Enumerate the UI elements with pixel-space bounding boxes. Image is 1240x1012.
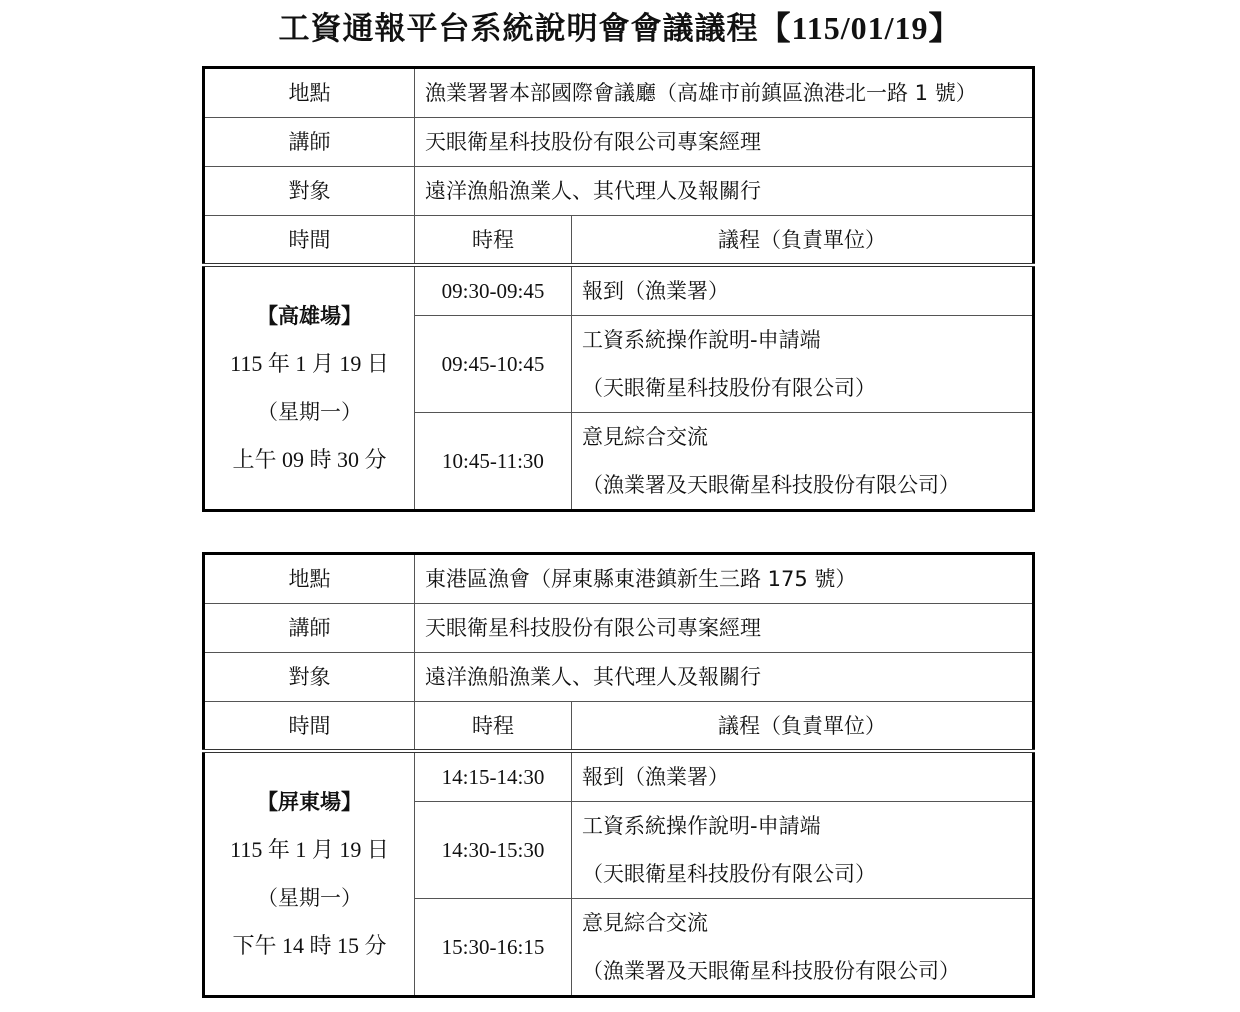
session-weekday: （星期一） — [215, 388, 404, 436]
location-label: 地點 — [204, 68, 415, 118]
session-date: 115 年 1 月 19 日 — [215, 340, 404, 388]
table-row: 【屏東場】 115 年 1 月 19 日 （星期一） 下午 14 時 15 分 … — [204, 751, 1034, 802]
audience-label: 對象 — [204, 653, 415, 702]
agenda-item: 意見綜合交流 （漁業署及天眼衛星科技股份有限公司） — [572, 413, 1034, 511]
document-title: 工資通報平台系統說明會會議議程【115/01/19】 — [0, 8, 1240, 49]
audience-value: 遠洋漁船漁業人、其代理人及報關行 — [415, 653, 1034, 702]
agenda-owner: （天眼衛星科技股份有限公司） — [582, 850, 1022, 898]
agenda-title: 意見綜合交流 — [582, 899, 1022, 947]
time-header: 時間 — [204, 216, 415, 266]
agenda-item: 報到（漁業署） — [572, 751, 1034, 802]
agenda-header: 議程（負責單位） — [572, 702, 1034, 752]
agenda-item: 工資系統操作說明-申請端 （天眼衛星科技股份有限公司） — [572, 316, 1034, 413]
schedule-header: 時程 — [415, 702, 572, 752]
session-info: 【高雄場】 115 年 1 月 19 日 （星期一） 上午 09 時 30 分 — [204, 265, 415, 511]
agenda-title: 工資系統操作說明-申請端 — [582, 802, 1022, 850]
location-row: 地點 東港區漁會（屏東縣東港鎮新生三路 175 號） — [204, 554, 1034, 604]
time-header: 時間 — [204, 702, 415, 752]
agenda-owner: （漁業署及天眼衛星科技股份有限公司） — [582, 947, 1022, 995]
session-name: 【屏東場】 — [215, 778, 404, 826]
session-date: 115 年 1 月 19 日 — [215, 826, 404, 874]
speaker-value: 天眼衛星科技股份有限公司專案經理 — [415, 604, 1034, 653]
schedule-header: 時程 — [415, 216, 572, 266]
title-text: 工資通報平台系統說明會會議議程 — [278, 11, 758, 47]
agenda-item: 工資系統操作說明-申請端 （天眼衛星科技股份有限公司） — [572, 802, 1034, 899]
agenda-owner: （漁業署及天眼衛星科技股份有限公司） — [582, 461, 1022, 509]
session-start: 上午 09 時 30 分 — [215, 436, 404, 484]
title-date: 【115/01/19】 — [758, 10, 961, 46]
schedule-time: 14:15-14:30 — [415, 751, 572, 802]
agenda-title: 意見綜合交流 — [582, 413, 1022, 461]
speaker-row: 講師 天眼衛星科技股份有限公司專案經理 — [204, 604, 1034, 653]
location-value: 漁業署署本部國際會議廳（高雄市前鎮區漁港北一路 1 號） — [415, 68, 1034, 118]
session-start: 下午 14 時 15 分 — [215, 922, 404, 970]
location-value: 東港區漁會（屏東縣東港鎮新生三路 175 號） — [415, 554, 1034, 604]
header-row: 時間 時程 議程（負責單位） — [204, 702, 1034, 752]
header-row: 時間 時程 議程（負責單位） — [204, 216, 1034, 266]
speaker-row: 講師 天眼衛星科技股份有限公司專案經理 — [204, 118, 1034, 167]
audience-label: 對象 — [204, 167, 415, 216]
agenda-item: 報到（漁業署） — [572, 265, 1034, 316]
schedule-time: 09:30-09:45 — [415, 265, 572, 316]
schedule-time: 10:45-11:30 — [415, 413, 572, 511]
agenda-title: 報到（漁業署） — [582, 277, 1022, 305]
session-info: 【屏東場】 115 年 1 月 19 日 （星期一） 下午 14 時 15 分 — [204, 751, 415, 997]
schedule-time: 09:45-10:45 — [415, 316, 572, 413]
agenda-header: 議程（負責單位） — [572, 216, 1034, 266]
session-weekday: （星期一） — [215, 874, 404, 922]
table-row: 【高雄場】 115 年 1 月 19 日 （星期一） 上午 09 時 30 分 … — [204, 265, 1034, 316]
session-name: 【高雄場】 — [215, 292, 404, 340]
agenda-table-kaohsiung: 地點 漁業署署本部國際會議廳（高雄市前鎮區漁港北一路 1 號） 講師 天眼衛星科… — [202, 66, 1035, 512]
audience-value: 遠洋漁船漁業人、其代理人及報關行 — [415, 167, 1034, 216]
agenda-item: 意見綜合交流 （漁業署及天眼衛星科技股份有限公司） — [572, 899, 1034, 997]
agenda-owner: （天眼衛星科技股份有限公司） — [582, 364, 1022, 412]
schedule-time: 15:30-16:15 — [415, 899, 572, 997]
speaker-value: 天眼衛星科技股份有限公司專案經理 — [415, 118, 1034, 167]
audience-row: 對象 遠洋漁船漁業人、其代理人及報關行 — [204, 167, 1034, 216]
location-label: 地點 — [204, 554, 415, 604]
audience-row: 對象 遠洋漁船漁業人、其代理人及報關行 — [204, 653, 1034, 702]
agenda-title: 報到（漁業署） — [582, 763, 1022, 791]
agenda-title: 工資系統操作說明-申請端 — [582, 316, 1022, 364]
schedule-time: 14:30-15:30 — [415, 802, 572, 899]
location-row: 地點 漁業署署本部國際會議廳（高雄市前鎮區漁港北一路 1 號） — [204, 68, 1034, 118]
speaker-label: 講師 — [204, 118, 415, 167]
speaker-label: 講師 — [204, 604, 415, 653]
agenda-table-pingtung: 地點 東港區漁會（屏東縣東港鎮新生三路 175 號） 講師 天眼衛星科技股份有限… — [202, 552, 1035, 998]
